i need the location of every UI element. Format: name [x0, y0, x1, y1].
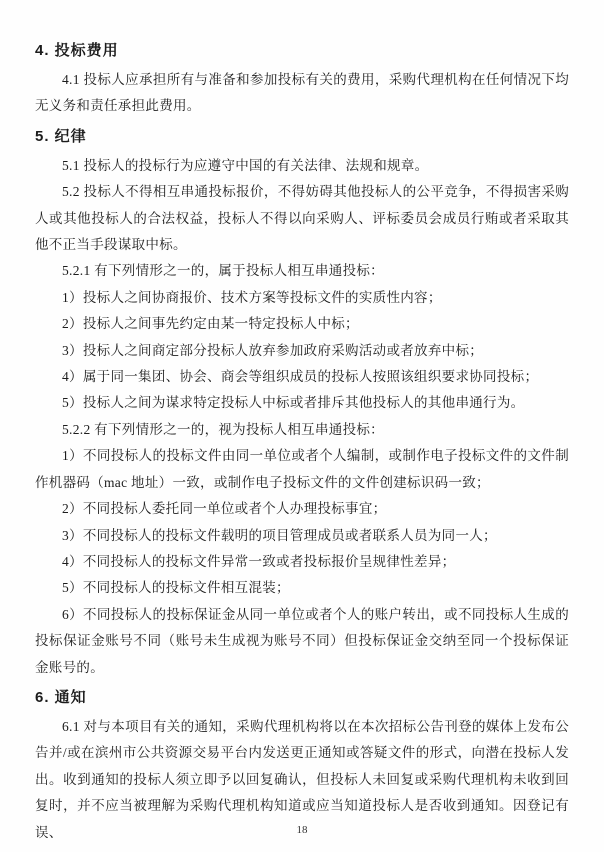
- list-item-5-2-2-2: 2）不同投标人委托同一单位或者个人办理投标事宜；: [35, 496, 569, 522]
- clause-4-1: 4.1 投标人应承担所有与准备和参加投标有关的费用，采购代理机构在任何情况下均无…: [35, 67, 569, 120]
- list-item-5-2-1-1: 1）投标人之间协商报价、技术方案等投标文件的实质性内容；: [35, 285, 569, 311]
- list-item-5-2-1-4: 4）属于同一集团、协会、商会等组织成员的投标人按照该组织要求协同投标；: [35, 364, 569, 390]
- document-body: 4. 投标费用 4.1 投标人应承担所有与准备和参加投标有关的费用，采购代理机构…: [35, 37, 569, 846]
- list-item-5-2-2-3: 3）不同投标人的投标文件载明的项目管理成员或者联系人员为同一人；: [35, 523, 569, 549]
- clause-5-2-1: 5.2.1 有下列情形之一的，属于投标人相互串通投标：: [35, 258, 569, 284]
- clause-5-2: 5.2 投标人不得相互串通投标报价，不得妨碍其他投标人的公平竞争，不得损害采购人…: [35, 179, 569, 258]
- section-heading-notice: 6. 通知: [35, 684, 569, 712]
- list-item-5-2-1-3: 3）投标人之间商定部分投标人放弃参加政府采购活动或者放弃中标；: [35, 338, 569, 364]
- clause-5-1: 5.1 投标人的投标行为应遵守中国的有关法律、法规和规章。: [35, 153, 569, 179]
- list-item-5-2-2-4: 4）不同投标人的投标文件异常一致或者投标报价呈规律性差异；: [35, 549, 569, 575]
- list-item-5-2-1-5: 5）投标人之间为谋求特定投标人中标或者排斥其他投标人的其他串通行为。: [35, 390, 569, 416]
- document-page: 4. 投标费用 4.1 投标人应承担所有与准备和参加投标有关的费用，采购代理机构…: [0, 0, 604, 852]
- clause-5-2-2: 5.2.2 有下列情形之一的，视为投标人相互串通投标：: [35, 417, 569, 443]
- section-heading-bid-costs: 4. 投标费用: [35, 37, 569, 65]
- page-number: 18: [0, 824, 604, 836]
- list-item-5-2-1-2: 2）投标人之间事先约定由某一特定投标人中标；: [35, 311, 569, 337]
- section-heading-discipline: 5. 纪律: [35, 123, 569, 151]
- list-item-5-2-2-5: 5）不同投标人的投标文件相互混装；: [35, 575, 569, 601]
- list-item-5-2-2-1: 1）不同投标人的投标文件由同一单位或者个人编制，或制作电子投标文件的文件制作机器…: [35, 443, 569, 496]
- list-item-5-2-2-6: 6）不同投标人的投标保证金从同一单位或者个人的账户转出，或不同投标人生成的投标保…: [35, 602, 569, 681]
